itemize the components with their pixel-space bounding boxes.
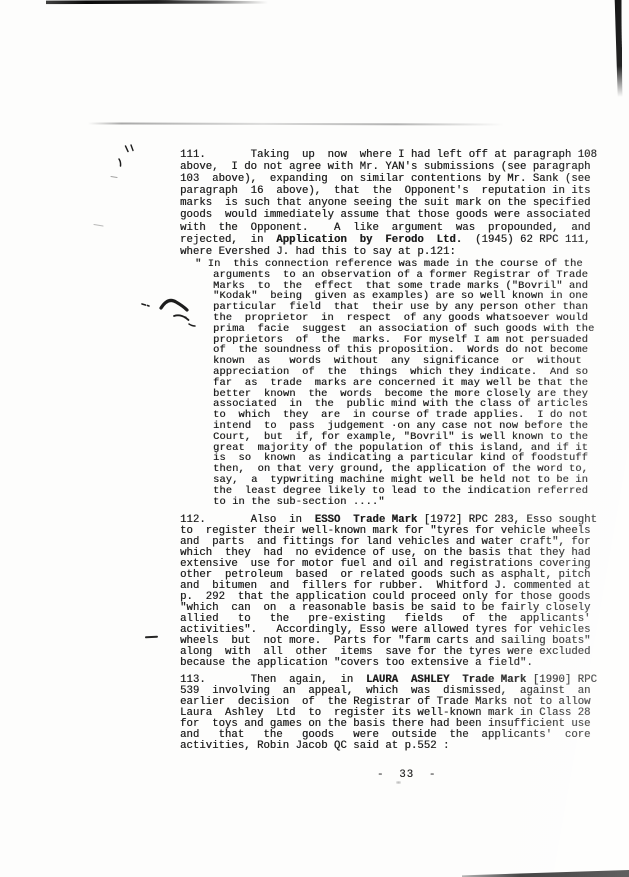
pen-faint-dash: [94, 225, 103, 227]
text-line: rejected, in Application by Ferodo Ltd. …: [180, 234, 597, 246]
text-run: 103 above), expanding on similar content…: [180, 173, 590, 185]
scan-artifact-bottom-wedge: [462, 869, 629, 877]
text-run: 111. Taking up now where I had left off …: [180, 149, 597, 161]
pen-dot-mark: [142, 304, 146, 305]
text-line: 111. Taking up now where I had left off …: [180, 149, 597, 161]
text-run: because the application "covers too exte…: [180, 657, 533, 669]
pen-tick-mark: [189, 324, 195, 326]
text-run: with the Opponent. A like argument was p…: [180, 222, 590, 234]
pen-comma-mark: [119, 159, 121, 166]
text-line: paragraph 16 above), that the Opponent's…: [180, 185, 597, 197]
paragraph-113: 113. Then again, in LAURA ASHLEY Trade M…: [180, 675, 597, 752]
text-line: goods would immediately assume that thos…: [180, 209, 597, 221]
scan-artifact-top-streak: [46, 0, 268, 6]
pen-faint-dash: [111, 177, 117, 178]
case-citation-bold: Application by Ferodo Ltd.: [276, 234, 462, 246]
text-run: goods would immediately assume that thos…: [180, 209, 590, 221]
paragraph-112: 112. Also in ESSO Trade Mark [1972] RPC …: [180, 515, 597, 669]
paragraph-111: 111. Taking up now where I had left off …: [180, 149, 597, 258]
pen-swoosh-mark: [161, 300, 187, 310]
text-run: activities, Robin Jacob QC said at p.552…: [180, 740, 449, 752]
text-line: because the application "covers too exte…: [180, 658, 597, 669]
margin-dash-mark: [145, 636, 158, 639]
pen-tick-mark: [131, 145, 133, 151]
scan-artifact-horizontal-line: [88, 122, 504, 125]
pen-dot-mark: [184, 316, 186, 318]
text-line: marks is such that anyone seeing the sui…: [180, 197, 597, 209]
scanned-document-page: 111. Taking up now where I had left off …: [0, 0, 629, 877]
pen-dot-mark: [148, 306, 150, 307]
scan-artifact-smudge: [396, 781, 401, 784]
text-line: with the Opponent. A like argument was p…: [180, 222, 597, 234]
text-run: marks is such that anyone seeing the sui…: [180, 197, 590, 209]
quote-evershed-p121: " In this connection reference was made …: [213, 259, 594, 507]
text-line: to in the sub-section ....": [213, 497, 594, 508]
page-number: - 33 -: [377, 769, 436, 781]
pen-tick-mark: [126, 146, 129, 152]
text-run: rejected, in: [180, 234, 276, 246]
text-run: paragraph 16 above), that the Opponent's…: [180, 185, 590, 197]
text-run: (1945) 62 RPC 111,: [462, 234, 590, 246]
scan-artifact-right-bar: [613, 0, 622, 97]
text-line: 103 above), expanding on similar content…: [180, 173, 597, 185]
text-run: to in the sub-section ....": [213, 496, 385, 508]
text-run: where Evershed J. had this to say at p.1…: [180, 246, 456, 258]
text-line: activities, Robin Jacob QC said at p.552…: [180, 741, 597, 752]
text-run: above, I do not agree with Mr. YAN's sub…: [180, 161, 590, 173]
text-line: above, I do not agree with Mr. YAN's sub…: [180, 161, 597, 173]
text-line: where Evershed J. had this to say at p.1…: [180, 246, 597, 258]
